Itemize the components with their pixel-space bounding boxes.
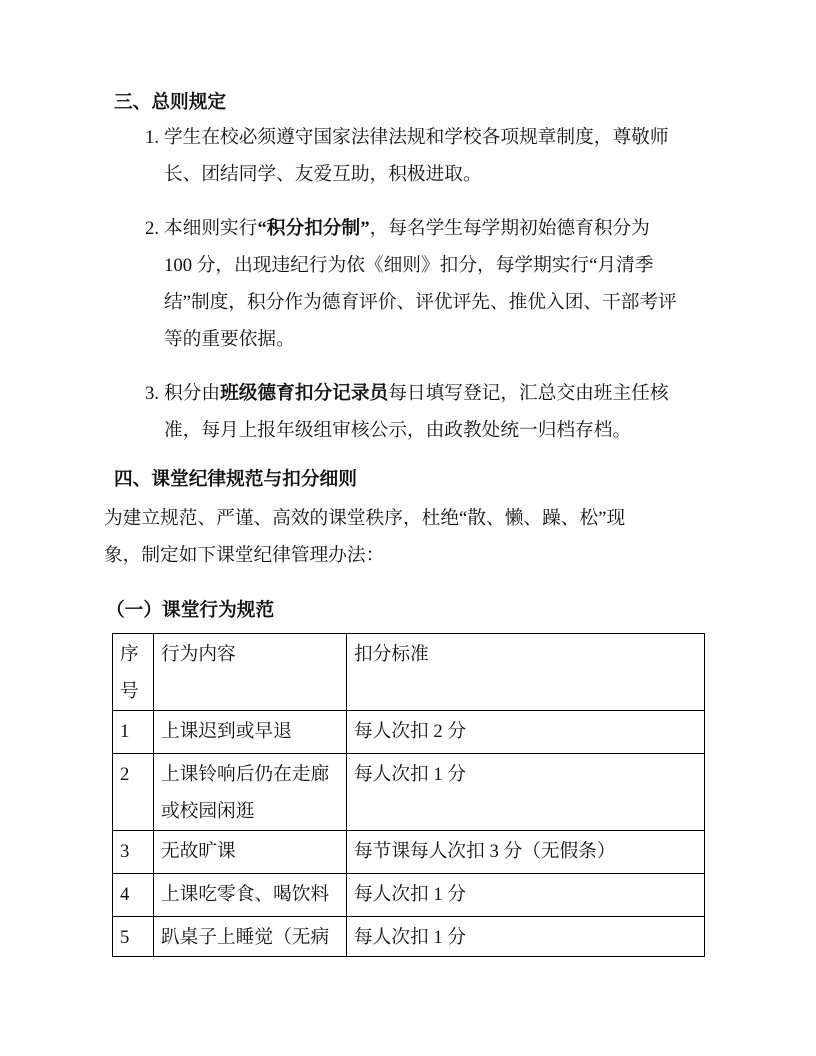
list-item: 1.学生在校必须遵守国家法律法规和学校各项规章制度，尊敬师长、团结同学、友爱互助… — [104, 119, 716, 193]
section-4-heading: 四、课堂纪律规范与扣分细则 — [114, 463, 716, 496]
cell-behavior: 无故旷课 — [154, 831, 347, 874]
text-run: 每日填写登记，汇总交由班主任核 — [388, 383, 668, 404]
cell-deduction-standard: 每人次扣 1 分 — [347, 754, 705, 831]
cell-serial-number: 5 — [113, 917, 154, 957]
list-item: 3.积分由班级德育扣分记录员每日填写登记，汇总交由班主任核准，每月上报年级组审核… — [104, 375, 716, 449]
table-row: 4上课吃零食、喝饮料每人次扣 1 分 — [113, 874, 705, 917]
bold-run: 班级德育扣分记录员 — [220, 383, 388, 404]
cell-deduction-standard: 每人次扣 2 分 — [347, 711, 705, 754]
bold-run: “积分扣分制” — [257, 218, 369, 239]
text-run: 结”制度，积分作为德育评价、评优评先、推优入团、干部考评 — [164, 292, 677, 313]
list-item: 2.本细则实行“积分扣分制”，每名学生每学期初始德育积分为100 分，出现违纪行… — [104, 210, 716, 358]
subsection-1-heading: （一）课堂行为规范 — [106, 594, 716, 627]
text-run: 长、团结同学、友爱互助，积极进取。 — [164, 164, 482, 185]
table-row: 5趴桌子上睡觉（无病每人次扣 1 分 — [113, 917, 705, 957]
cell-deduction-standard: 每节课每人次扣 3 分（无假条） — [347, 831, 705, 874]
cell-deduction-standard: 每人次扣 1 分 — [347, 874, 705, 917]
text-run: 学生在校必须遵守国家法律法规和学校各项规章制度，尊敬师 — [164, 127, 669, 148]
table-row: 2上课铃响后仍在走廊或校园闲逛每人次扣 1 分 — [113, 754, 705, 831]
table-header-row: 序号行为内容扣分标准 — [113, 634, 705, 711]
cell-serial-number: 2 — [113, 754, 154, 831]
cell-serial-number: 4 — [113, 874, 154, 917]
cell-deduction-standard: 每人次扣 1 分 — [347, 917, 705, 957]
text-run: ，每名学生每学期初始德育积分为 — [370, 218, 650, 239]
paragraph-line: 象，制定如下课堂纪律管理办法： — [104, 537, 716, 574]
general-rules-list: 1.学生在校必须遵守国家法律法规和学校各项规章制度，尊敬师长、团结同学、友爱互助… — [104, 119, 716, 449]
list-item-line: 长、团结同学、友爱互助，积极进取。 — [164, 156, 716, 193]
paragraph-line: 为建立规范、严谨、高效的课堂秩序，杜绝“散、懒、躁、松”现 — [104, 500, 716, 537]
list-item-line: 等的重要依据。 — [164, 321, 716, 358]
list-item-number: 2. — [145, 210, 159, 247]
text-run: 本细则实行 — [164, 218, 257, 239]
cell-behavior: 上课铃响后仍在走廊或校园闲逛 — [154, 754, 347, 831]
cell-behavior: 上课迟到或早退 — [154, 711, 347, 754]
cell-behavior: 趴桌子上睡觉（无病 — [154, 917, 347, 957]
list-item-number: 3. — [145, 375, 159, 412]
table-body: 1上课迟到或早退每人次扣 2 分2上课铃响后仍在走廊或校园闲逛每人次扣 1 分3… — [113, 711, 705, 957]
table-row: 1上课迟到或早退每人次扣 2 分 — [113, 711, 705, 754]
table-header-cell: 行为内容 — [154, 634, 347, 711]
table-header: 序号行为内容扣分标准 — [113, 634, 705, 711]
list-item-line: 本细则实行“积分扣分制”，每名学生每学期初始德育积分为 — [164, 210, 716, 247]
section-3-heading: 三、总则规定 — [114, 86, 716, 119]
table-header-cell: 扣分标准 — [347, 634, 705, 711]
text-run: 准，每月上报年级组审核公示，由政教处统一归档存档。 — [164, 420, 631, 441]
section-4-intro-paragraph: 为建立规范、严谨、高效的课堂秩序，杜绝“散、懒、躁、松”现象，制定如下课堂纪律管… — [104, 500, 716, 574]
list-item-line: 学生在校必须遵守国家法律法规和学校各项规章制度，尊敬师 — [164, 119, 716, 156]
cell-behavior: 上课吃零食、喝饮料 — [154, 874, 347, 917]
text-run: 等的重要依据。 — [164, 329, 295, 350]
list-item-line: 准，每月上报年级组审核公示，由政教处统一归档存档。 — [164, 412, 716, 449]
cell-serial-number: 3 — [113, 831, 154, 874]
list-item-line: 积分由班级德育扣分记录员每日填写登记，汇总交由班主任核 — [164, 375, 716, 412]
list-item-number: 1. — [145, 119, 159, 156]
cell-serial-number: 1 — [113, 711, 154, 754]
table-header-cell: 序号 — [113, 634, 154, 711]
classroom-rules-table: 序号行为内容扣分标准 1上课迟到或早退每人次扣 2 分2上课铃响后仍在走廊或校园… — [112, 633, 705, 957]
list-item-line: 100 分，出现违纪行为依《细则》扣分，每学期实行“月清季 — [164, 247, 716, 284]
text-run: 积分由 — [164, 383, 220, 404]
table-row: 3无故旷课每节课每人次扣 3 分（无假条） — [113, 831, 705, 874]
list-item-line: 结”制度，积分作为德育评价、评优评先、推优入团、干部考评 — [164, 284, 716, 321]
text-run: 100 分，出现违纪行为依《细则》扣分，每学期实行“月清季 — [164, 255, 654, 276]
document-page: 三、总则规定 1.学生在校必须遵守国家法律法规和学校各项规章制度，尊敬师长、团结… — [0, 0, 816, 1056]
